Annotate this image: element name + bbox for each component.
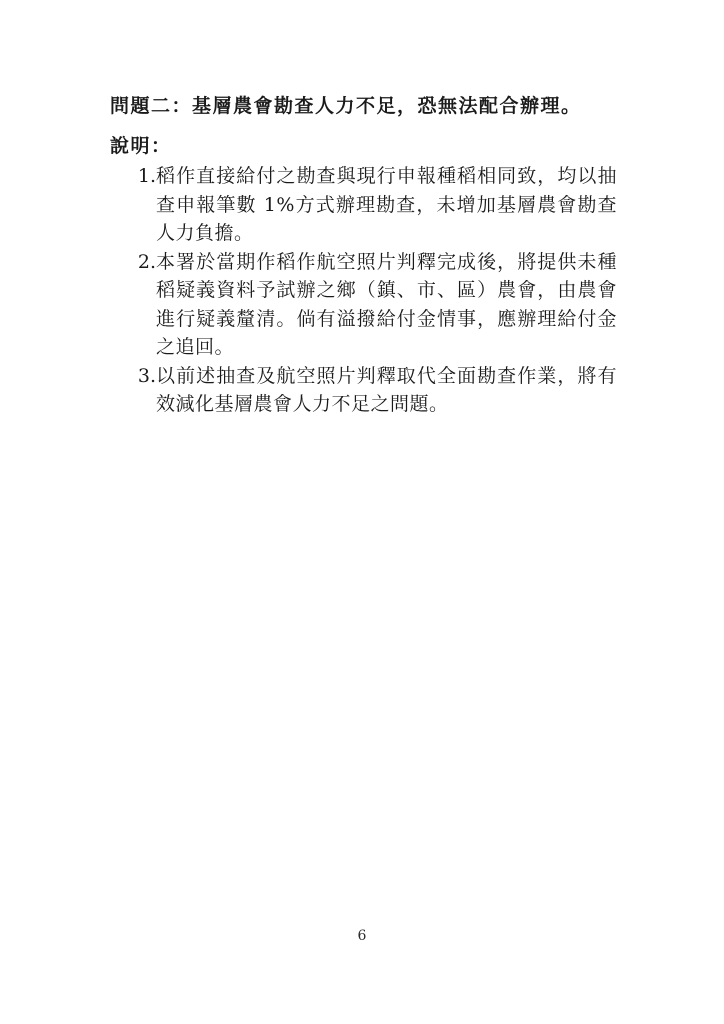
list-item-1: 1.稻作直接給付之勘查與現行申報種稻相同致，均以抽查申報筆數 1%方式辦理勘查，… [156, 162, 617, 248]
item-1-text: 稻作直接給付之勘查與現行申報種稻相同致，均以抽查申報筆數 1%方式辦理勘查，未增… [156, 165, 617, 244]
list-item-2: 2.本署於當期作稻作航空照片判釋完成後，將提供未種稻疑義資料予試辦之鄉（鎮、市、… [156, 248, 617, 362]
item-3-number: 3. [138, 362, 156, 391]
item-2-text: 本署於當期作稻作航空照片判釋完成後，將提供未種稻疑義資料予試辦之鄉（鎮、市、區）… [156, 251, 617, 359]
section-label: 說明： [110, 132, 617, 160]
problem-title: 問題二：基層農會勘查人力不足，恐無法配合辦理。 [110, 92, 617, 120]
document-page: 問題二：基層農會勘查人力不足，恐無法配合辦理。 說明： 1.稻作直接給付之勘查與… [0, 0, 724, 1024]
item-2-number: 2. [138, 248, 156, 277]
item-3-text: 以前述抽查及航空照片判釋取代全面勘查作業，將有效減化基層農會人力不足之問題。 [156, 365, 617, 416]
list-item-3: 3.以前述抽查及航空照片判釋取代全面勘查作業，將有效減化基層農會人力不足之問題。 [156, 362, 617, 419]
page-number: 6 [0, 928, 724, 944]
item-1-number: 1. [138, 162, 156, 191]
explanation-list: 1.稻作直接給付之勘查與現行申報種稻相同致，均以抽查申報筆數 1%方式辦理勘查，… [156, 162, 617, 419]
document-content: 問題二：基層農會勘查人力不足，恐無法配合辦理。 說明： 1.稻作直接給付之勘查與… [110, 92, 617, 419]
